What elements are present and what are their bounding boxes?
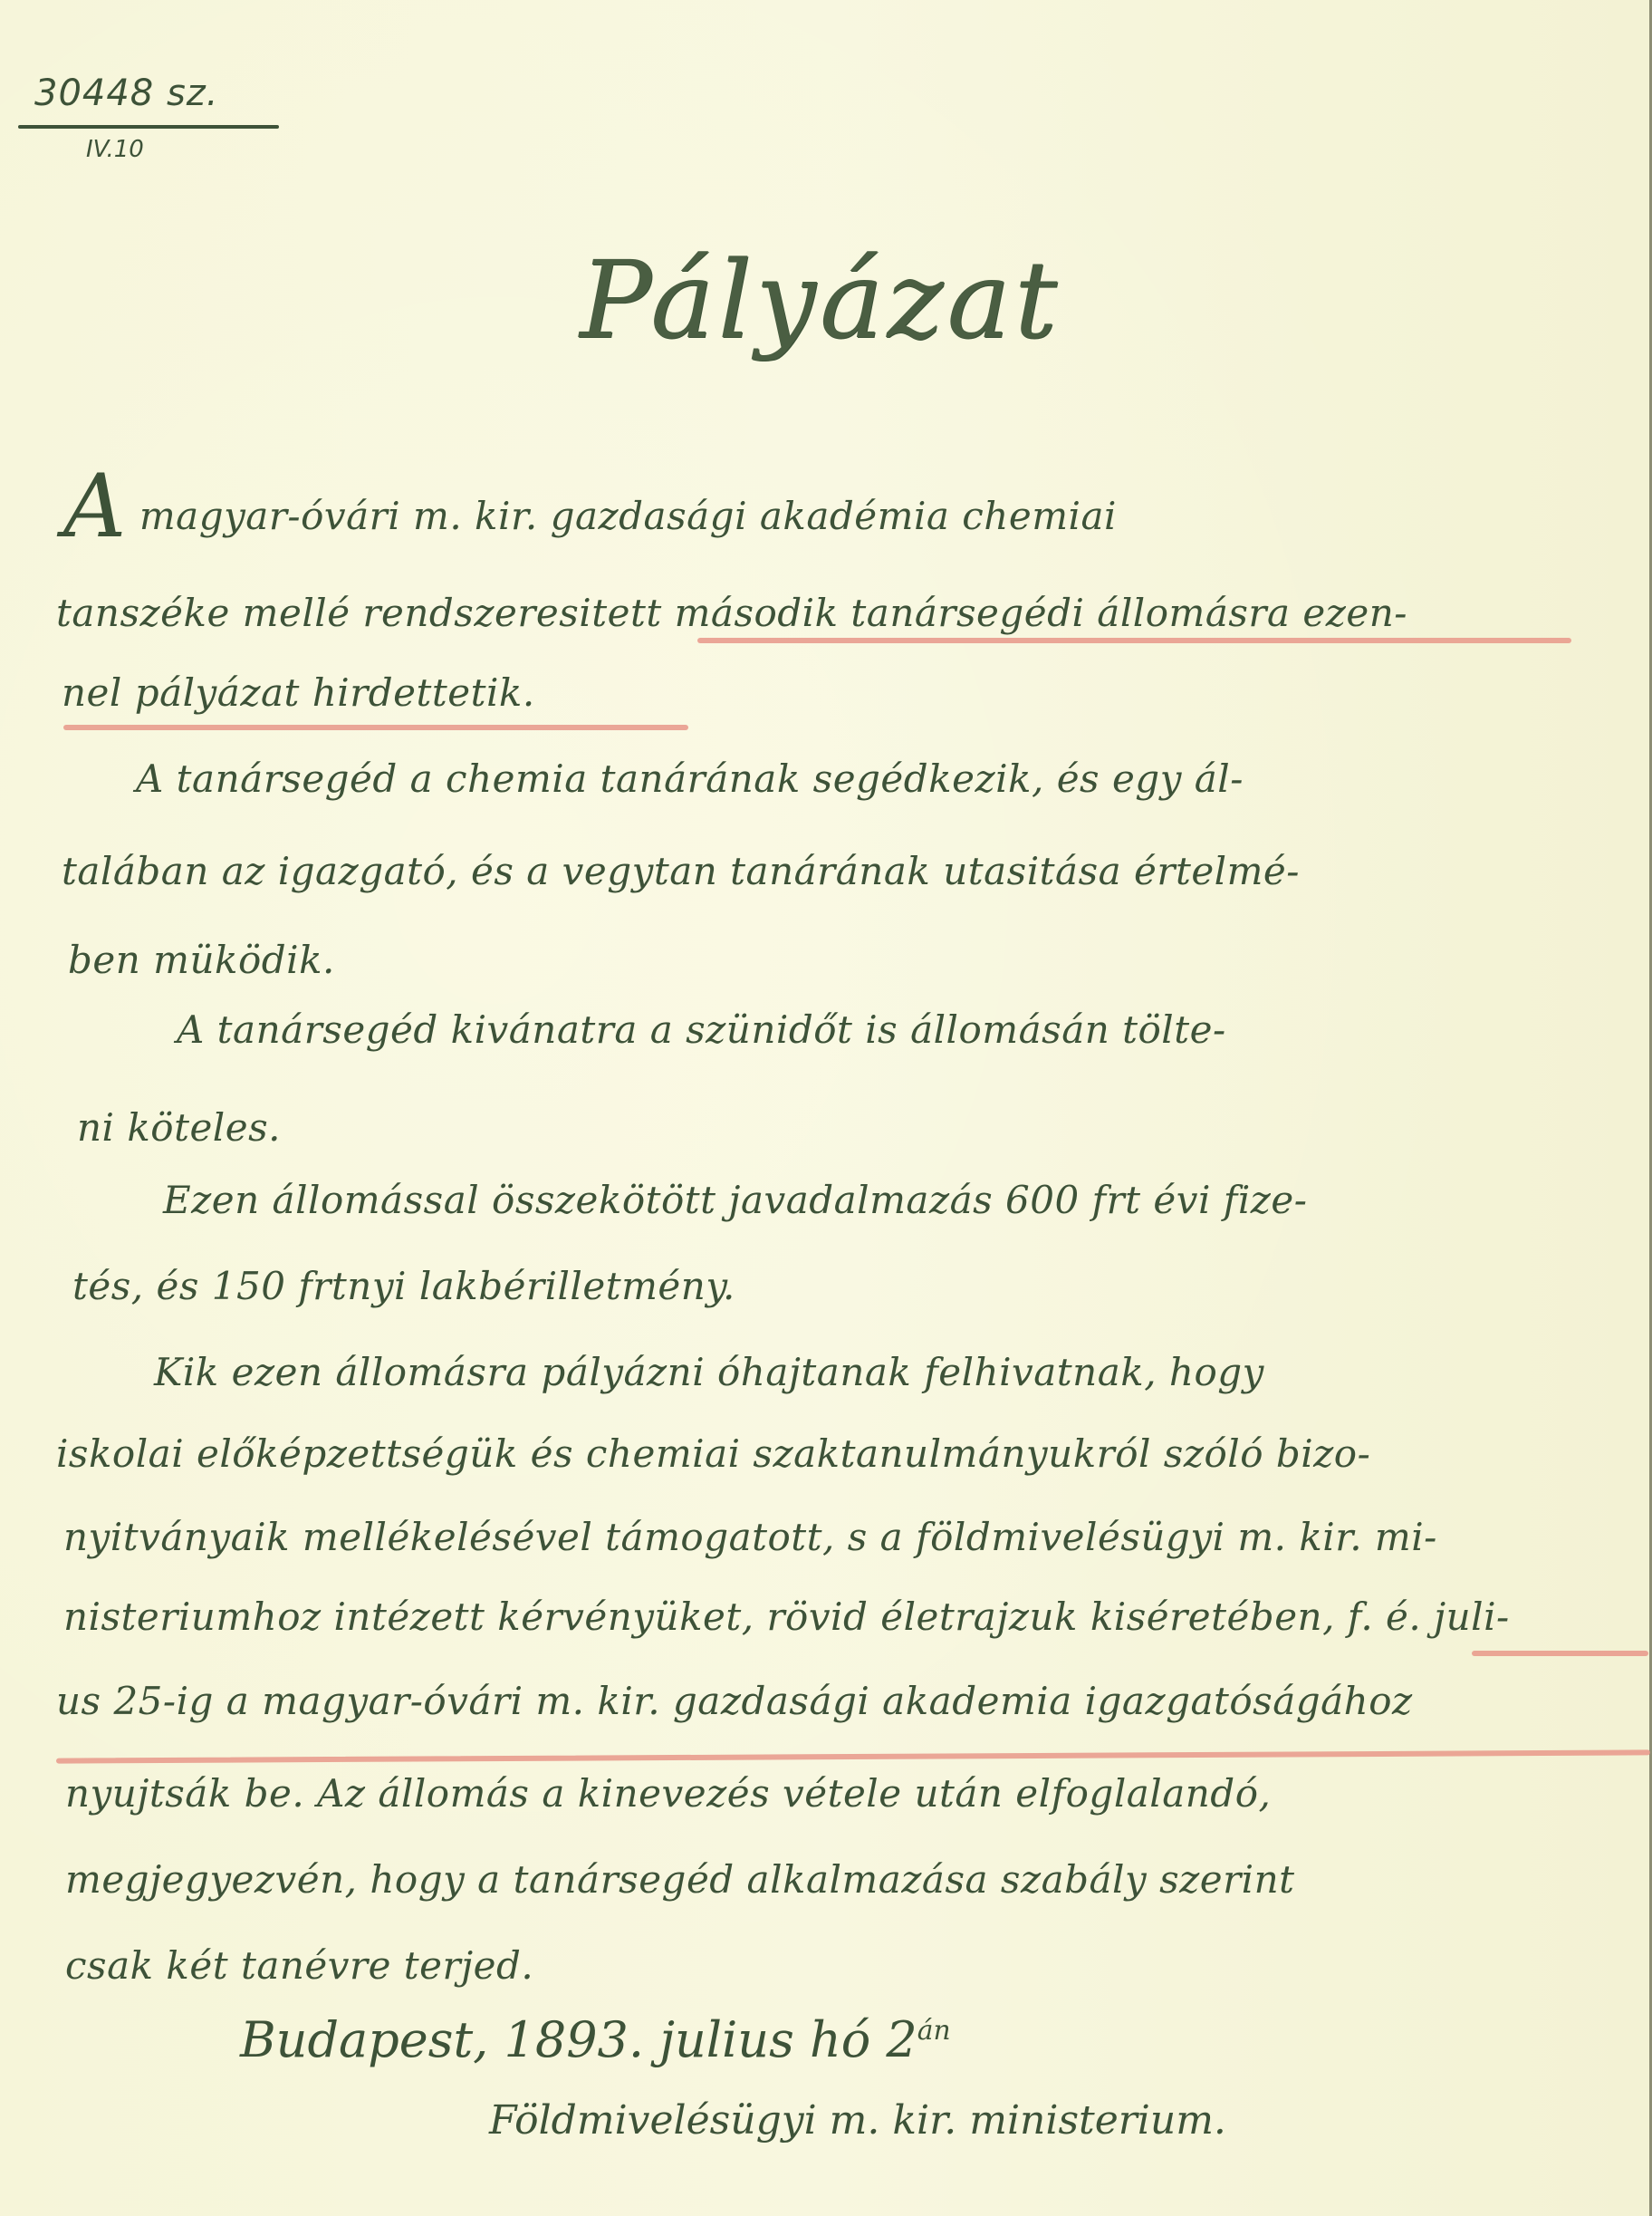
text-line-11: Kik ezen állomásra pályázni óhajtanak fe…	[154, 1350, 1264, 1394]
text-line-3: nel pályázat hirdettetik.	[62, 670, 535, 715]
ministry-signature: Földmivelésügyi m. kir. ministerium.	[489, 2097, 1226, 2144]
text-line-10: tés, és 150 frtnyi lakbérilletmény.	[72, 1264, 735, 1308]
reference-number: 30448 sz.	[34, 72, 219, 114]
text-line-8: ni köteles.	[77, 1105, 281, 1150]
drop-cap: A	[63, 456, 127, 557]
text-line-6: ben müködik.	[68, 938, 335, 982]
text-line-7: A tanársegéd kivánatra a szünidőt is áll…	[177, 1007, 1226, 1052]
document-page: 30448 sz. IV.10 Pályázat Amagyar-óvári m…	[0, 0, 1652, 2216]
text-line-15: us 25-ig a magyar-óvári m. kir. gazdaság…	[56, 1679, 1413, 1723]
text-line-1: Amagyar-óvári m. kir. gazdasági akadémia…	[63, 494, 1117, 538]
text-line-14: nisteriumhoz intézett kérvényüket, rövid…	[63, 1595, 1510, 1639]
text-line-2: tanszéke mellé rendszeresitett második t…	[56, 591, 1407, 635]
red-underline-2	[63, 725, 688, 730]
text-line-5: talában az igazgató, és a vegytan tanárá…	[62, 849, 1300, 893]
text-line-9: Ezen állomással összekötött javadalmazás…	[163, 1178, 1307, 1222]
text-line-13: nyitványaik mellékelésével támogatott, s…	[63, 1515, 1437, 1559]
red-underline-1	[697, 638, 1571, 643]
text-line-18: csak két tanévre terjed.	[65, 1943, 533, 1988]
date-suffix: án	[917, 2015, 951, 2047]
text-line-4: A tanársegéd a chemia tanárának segédkez…	[136, 756, 1244, 801]
text-line-12: iskolai előképzettségük és chemiai szakt…	[56, 1431, 1370, 1476]
reference-rule	[18, 125, 279, 129]
document-title: Pályázat	[580, 237, 1061, 362]
text-line-16: nyujtsák be. Az állomás a kinevezés véte…	[65, 1771, 1271, 1816]
red-underline-3	[1472, 1651, 1648, 1656]
place-date-text: Budapest, 1893. julius hó 2	[240, 2011, 917, 2068]
line-text: magyar-óvári m. kir. gazdasági akadémia …	[139, 494, 1117, 538]
reference-date-note: IV.10	[86, 136, 144, 163]
red-underline-4	[56, 1749, 1650, 1763]
place-date: Budapest, 1893. julius hó 2án	[240, 2011, 951, 2068]
text-line-17: megjegyezvén, hogy a tanársegéd alkalmaz…	[65, 1857, 1295, 1902]
